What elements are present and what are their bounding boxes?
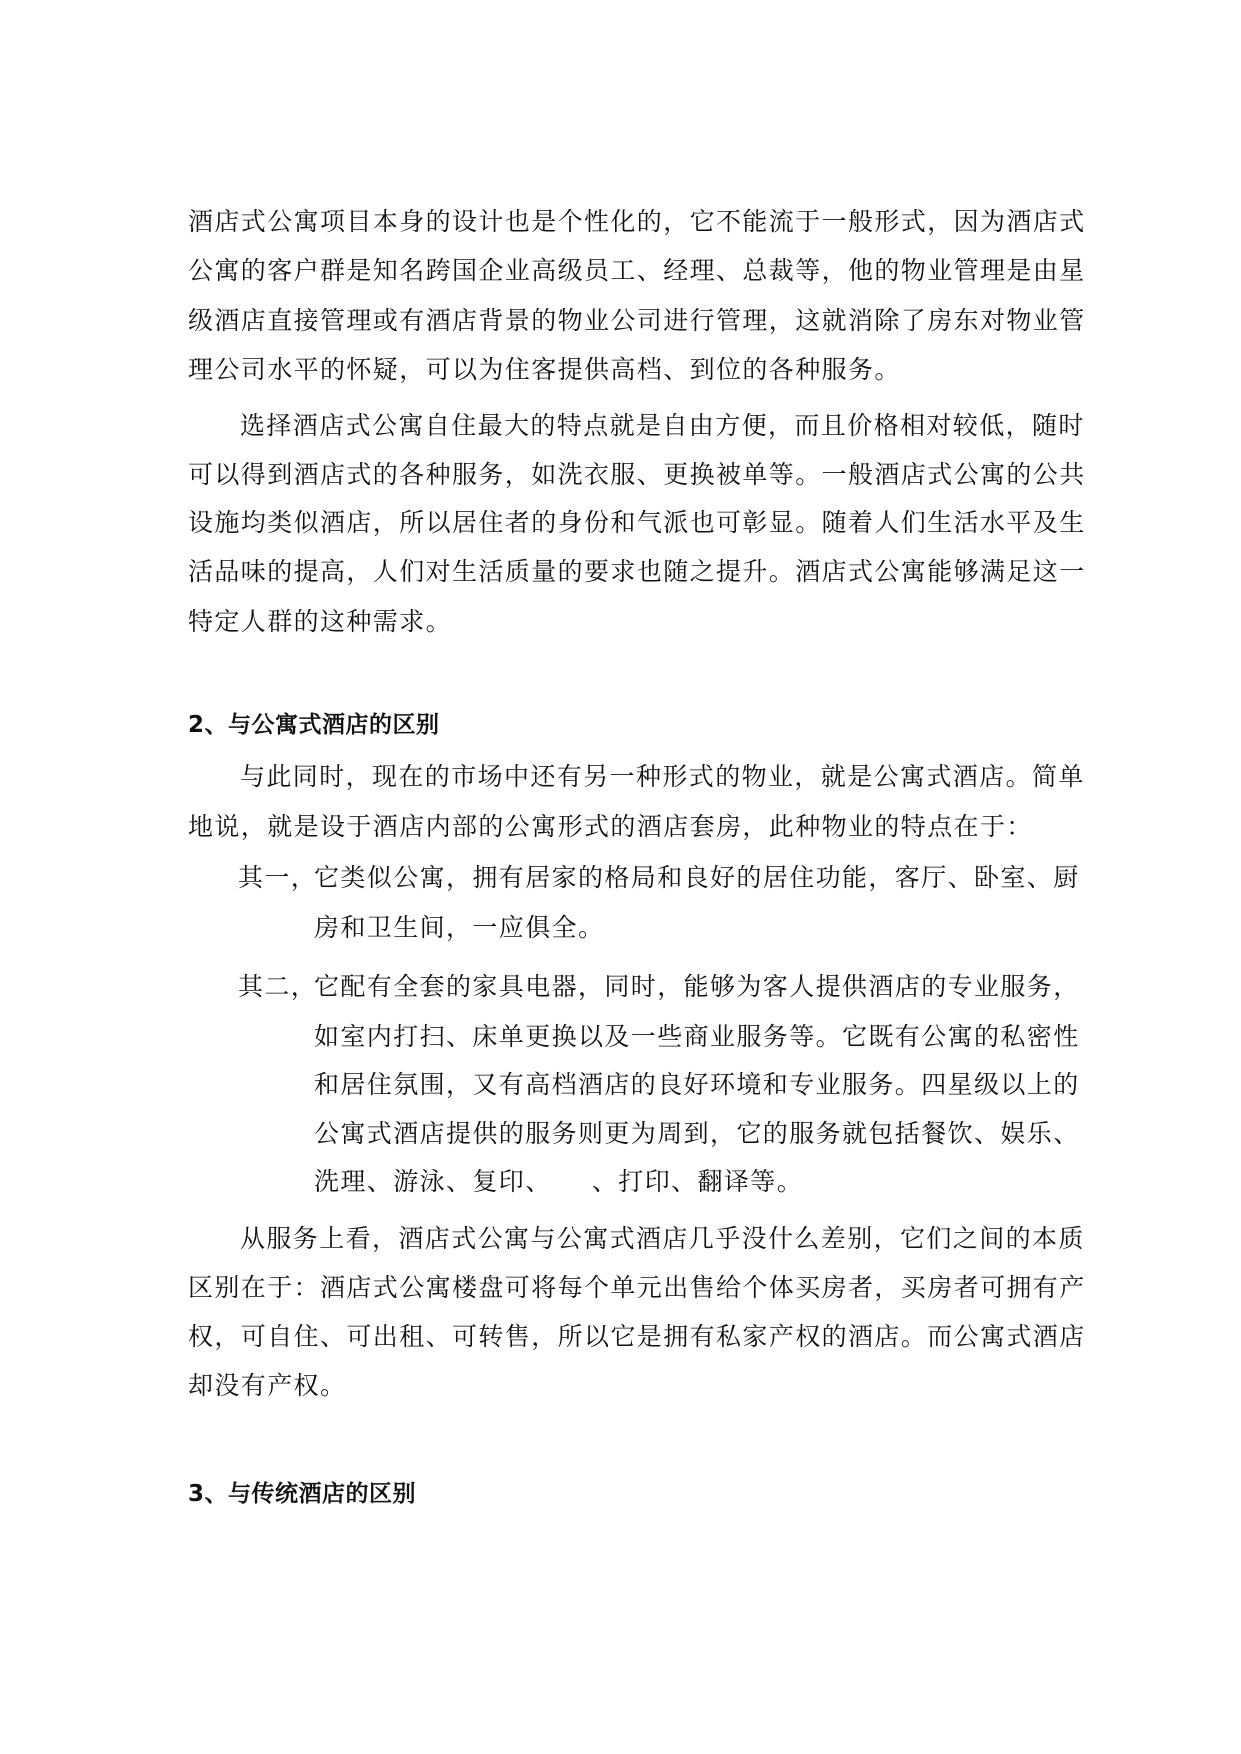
text-line: 洗理、游泳、复印、 、打印、翻译等。 — [314, 1167, 803, 1197]
text-line: 级酒店直接管理或有酒店背景的物业公司进行管理，这就消除了房东对物业管 — [188, 306, 1036, 336]
text-line: 权，可自住、可出租、可转售，所以它是拥有私家产权的酒店。而公寓式酒店 — [188, 1322, 1036, 1352]
text-line: 与此同时，现在的市场中还有另一种形式的物业，就是公寓式酒店。简单 — [240, 762, 1036, 792]
section-heading-2: 2、与公寓式酒店的区别 — [188, 710, 440, 740]
section-heading-3: 3、与传统酒店的区别 — [188, 1479, 416, 1509]
list-item-label: 其二， — [238, 972, 317, 1002]
list-item-label: 其一， — [238, 863, 317, 893]
text-line: 它配有全套的家具电器，同时，能够为客人提供酒店的专业服务， — [314, 972, 1036, 1002]
text-line: 选择酒店式公寓自住最大的特点就是自由方便，而且价格相对较低，随时 — [240, 411, 1036, 441]
text-line: 却没有产权。 — [188, 1371, 346, 1401]
text-line: 和居住氛围，又有高档酒店的良好环境和专业服务。四星级以上的 — [314, 1070, 1036, 1100]
text-line: 酒店式公寓项目本身的设计也是个性化的，它不能流于一般形式，因为酒店式 — [188, 207, 1036, 237]
text-line: 设施均类似酒店，所以居住者的身份和气派也可彰显。随着人们生活水平及生 — [188, 508, 1036, 538]
text-line: 房和卫生间，一应俱全。 — [314, 913, 604, 943]
text-line: 公寓式酒店提供的服务则更为周到，它的服务就包括餐饮、娱乐、 — [314, 1119, 1036, 1149]
text-line: 公寓的客户群是知名跨国企业高级员工、经理、总裁等，他的物业管理是由星 — [188, 256, 1036, 286]
text-line: 活品味的提高，人们对生活质量的要求也随之提升。酒店式公寓能够满足这一 — [188, 557, 1036, 587]
document-page: 酒店式公寓项目本身的设计也是个性化的，它不能流于一般形式，因为酒店式 公寓的客户… — [0, 0, 1241, 1754]
text-line: 理公司水平的怀疑，可以为住客提供高档、到位的各种服务。 — [188, 355, 901, 385]
text-line: 特定人群的这种需求。 — [188, 607, 452, 637]
text-line: 它类似公寓，拥有居家的格局和良好的居住功能，客厅、卧室、厨 — [314, 863, 1036, 893]
text-line: 区别在于：酒店式公寓楼盘可将每个单元出售给个体买房者，买房者可拥有产 — [188, 1273, 1036, 1303]
text-line: 从服务上看，酒店式公寓与公寓式酒店几乎没什么差别，它们之间的本质 — [240, 1224, 1036, 1254]
text-line: 如室内打扫、床单更换以及一些商业服务等。它既有公寓的私密性 — [314, 1022, 1036, 1052]
text-line: 可以得到酒店式的各种服务，如洗衣服、更换被单等。一般酒店式公寓的公共 — [188, 460, 1036, 490]
text-line: 地说，就是设于酒店内部的公寓形式的酒店套房，此种物业的特点在于： — [188, 812, 1033, 842]
